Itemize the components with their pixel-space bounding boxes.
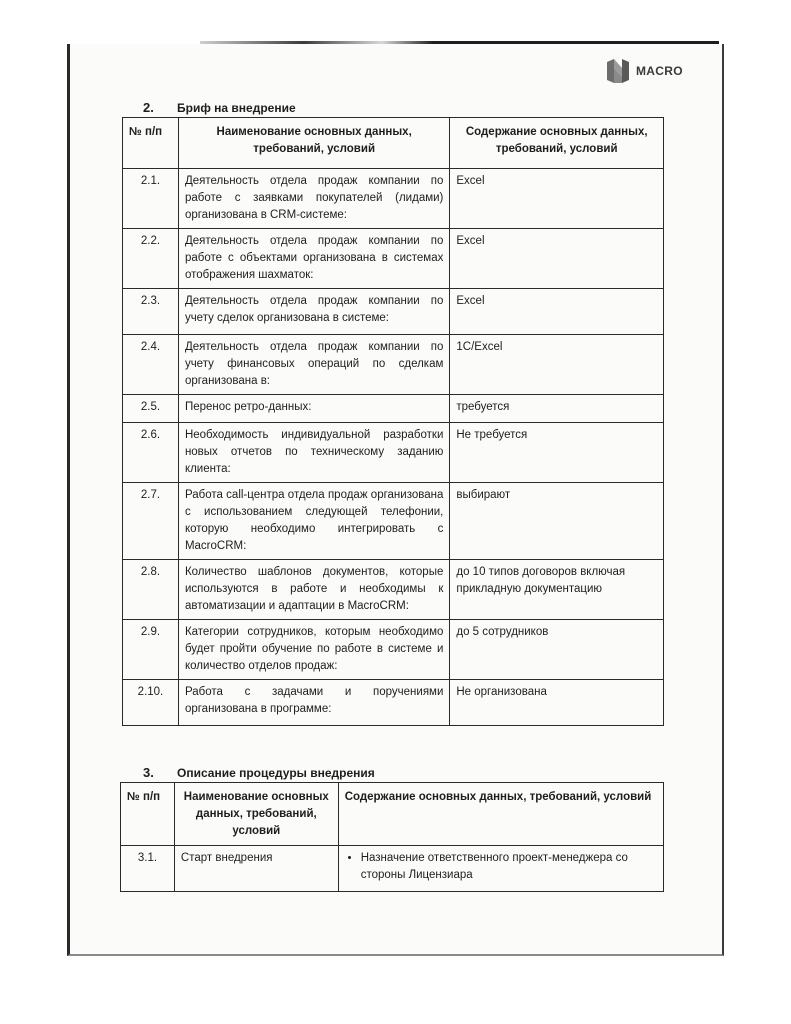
table-row: 2.2.Деятельность отдела продаж компании …	[123, 229, 664, 289]
table-header-row: № п/п Наименование основных данных, треб…	[123, 118, 664, 169]
row-value: до 5 сотрудников	[450, 620, 664, 680]
column-header-content: Содержание основных данных, требований, …	[338, 783, 663, 846]
section-2-title-text: Бриф на внедрение	[177, 101, 296, 115]
table-row: 2.6.Необходимость индивидуальной разрабо…	[123, 423, 664, 483]
row-value: до 10 типов договоров включая прикладную…	[450, 560, 664, 620]
section-2-title: 2.Бриф на внедрение	[143, 100, 296, 115]
row-name: Работа с задачами и поручениями организо…	[178, 680, 449, 726]
table-row: 2.1.Деятельность отдела продаж компании …	[123, 169, 664, 229]
table-row: 2.4.Деятельность отдела продаж компании …	[123, 335, 664, 395]
row-name: Старт внедрения	[174, 846, 338, 892]
row-name: Работа call-центра отдела продаж организ…	[178, 483, 449, 560]
row-name: Перенос ретро-данных:	[178, 395, 449, 423]
row-number: 2.4.	[123, 335, 179, 395]
row-number: 2.8.	[123, 560, 179, 620]
section-3-number: 3.	[143, 765, 177, 780]
row-value: 1C/Excel	[450, 335, 664, 395]
row-value: требуется	[450, 395, 664, 423]
row-name: Категории сотрудников, которым необходим…	[178, 620, 449, 680]
procedure-table: № п/п Наименование основных данных, треб…	[120, 782, 664, 892]
row-number: 2.6.	[123, 423, 179, 483]
column-header-name: Наименование основных данных, требований…	[174, 783, 338, 846]
row-name: Деятельность отдела продаж компании по у…	[178, 335, 449, 395]
table-row: 2.7.Работа call-центра отдела продаж орг…	[123, 483, 664, 560]
row-value: Excel	[450, 229, 664, 289]
table-row: 2.5.Перенос ретро-данных:требуется	[123, 395, 664, 423]
column-header-name: Наименование основных данных, требований…	[178, 118, 449, 169]
table-header-row: № п/п Наименование основных данных, треб…	[121, 783, 664, 846]
row-name: Необходимость индивидуальной разработки …	[178, 423, 449, 483]
row-value: выбирают	[450, 483, 664, 560]
row-name: Деятельность отдела продаж компании по р…	[178, 169, 449, 229]
row-number: 2.5.	[123, 395, 179, 423]
section-3-title-text: Описание процедуры внедрения	[177, 766, 375, 780]
row-number: 3.1.	[121, 846, 175, 892]
row-number: 2.9.	[123, 620, 179, 680]
brief-table: № п/п Наименование основных данных, треб…	[122, 117, 664, 726]
bullet-item: Назначение ответственного проект-менедже…	[361, 850, 657, 884]
table-row: 3.1.Старт внедренияНазначение ответствен…	[121, 846, 664, 892]
column-header-number: № п/п	[121, 783, 175, 846]
row-number: 2.3.	[123, 289, 179, 335]
row-name: Количество шаблонов документов, которые …	[178, 560, 449, 620]
row-value: Не организована	[450, 680, 664, 726]
table-row: 2.9.Категории сотрудников, которым необх…	[123, 620, 664, 680]
row-value: Excel	[450, 289, 664, 335]
row-number: 2.1.	[123, 169, 179, 229]
column-header-number: № п/п	[123, 118, 179, 169]
section-3-title: 3.Описание процедуры внедрения	[143, 765, 375, 780]
row-name: Деятельность отдела продаж компании по у…	[178, 289, 449, 335]
row-number: 2.2.	[123, 229, 179, 289]
macro-m-logo-icon	[606, 58, 630, 84]
row-value: Excel	[450, 169, 664, 229]
row-number: 2.7.	[123, 483, 179, 560]
table-row: 2.10.Работа с задачами и поручениями орг…	[123, 680, 664, 726]
macro-logo: MACRO	[606, 58, 683, 84]
section-2-number: 2.	[143, 100, 177, 115]
row-content: Назначение ответственного проект-менедже…	[338, 846, 663, 892]
row-name: Деятельность отдела продаж компании по р…	[178, 229, 449, 289]
bullet-list: Назначение ответственного проект-менедже…	[345, 850, 657, 884]
table-row: 2.3.Деятельность отдела продаж компании …	[123, 289, 664, 335]
row-value: Не требуется	[450, 423, 664, 483]
column-header-content: Содержание основных данных, требований, …	[450, 118, 664, 169]
logo-text: MACRO	[636, 64, 683, 78]
row-number: 2.10.	[123, 680, 179, 726]
table-row: 2.8.Количество шаблонов документов, кото…	[123, 560, 664, 620]
